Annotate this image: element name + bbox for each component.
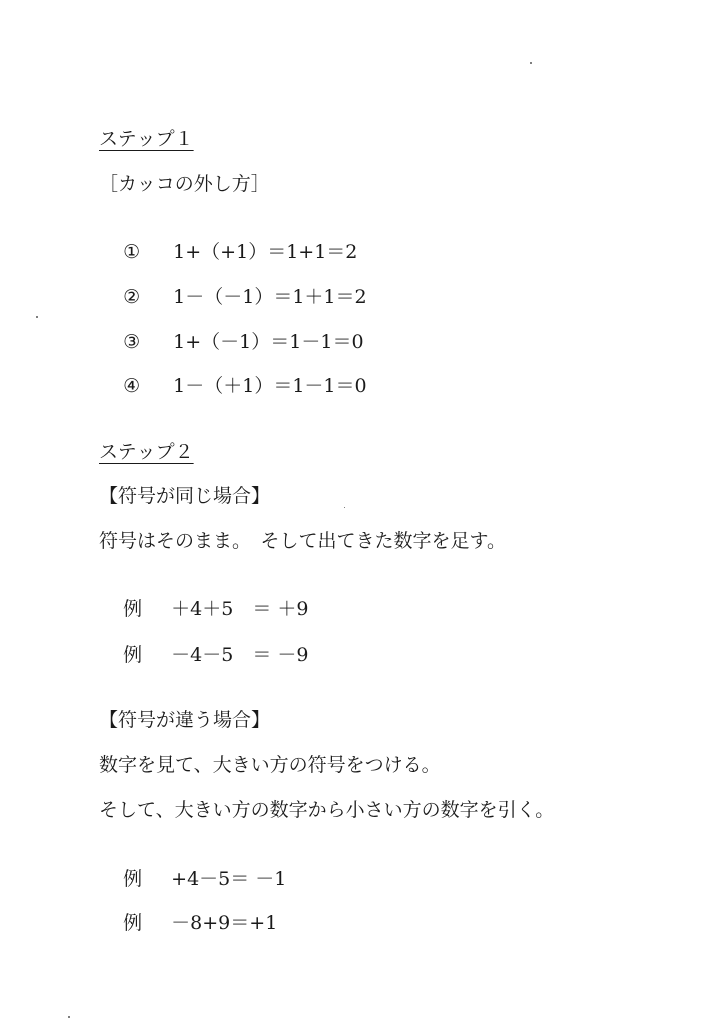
rule-expression: 1－（＋1）＝1－1＝0	[173, 375, 366, 397]
rule-expression: 1+（+1）＝1+1＝2	[173, 241, 357, 263]
rule-marker: ④	[123, 374, 173, 398]
scan-speck	[344, 507, 345, 508]
different-sign-description-1: 数字を見て、大きい方の符号をつける。	[99, 753, 441, 777]
example-item: 例－4－5 ＝ －9	[99, 619, 308, 691]
step1-heading: ステップ１	[99, 127, 194, 151]
example-label: 例	[123, 597, 171, 621]
scan-speck	[36, 316, 38, 318]
same-sign-description: 符号はそのまま。 そして出てきた数字を足す。	[99, 529, 506, 553]
example-expression: －4－5 ＝ －9	[171, 644, 308, 666]
example-expression: ＋4＋5 ＝ ＋9	[171, 598, 308, 620]
example-label: 例	[123, 643, 171, 667]
rule-expression: 1－（－1）＝1＋1＝2	[173, 286, 366, 308]
step1-subheading: ［カッコの外し方］	[99, 172, 270, 196]
same-sign-title: 【符号が同じ場合】	[99, 484, 270, 508]
rule-item: ④1－（＋1）＝1－1＝0	[99, 350, 367, 422]
different-sign-description-2: そして、大きい方の数字から小さい方の数字を引く。	[99, 798, 554, 822]
scan-speck	[68, 1016, 70, 1018]
step2-heading: ステップ２	[99, 440, 194, 464]
different-sign-title: 【符号が違う場合】	[99, 708, 270, 732]
example-expression: －8+9＝+1	[171, 912, 277, 934]
example-item: 例－8+9＝+1	[99, 887, 277, 959]
example-label: 例	[123, 911, 171, 935]
scan-speck	[530, 62, 532, 64]
